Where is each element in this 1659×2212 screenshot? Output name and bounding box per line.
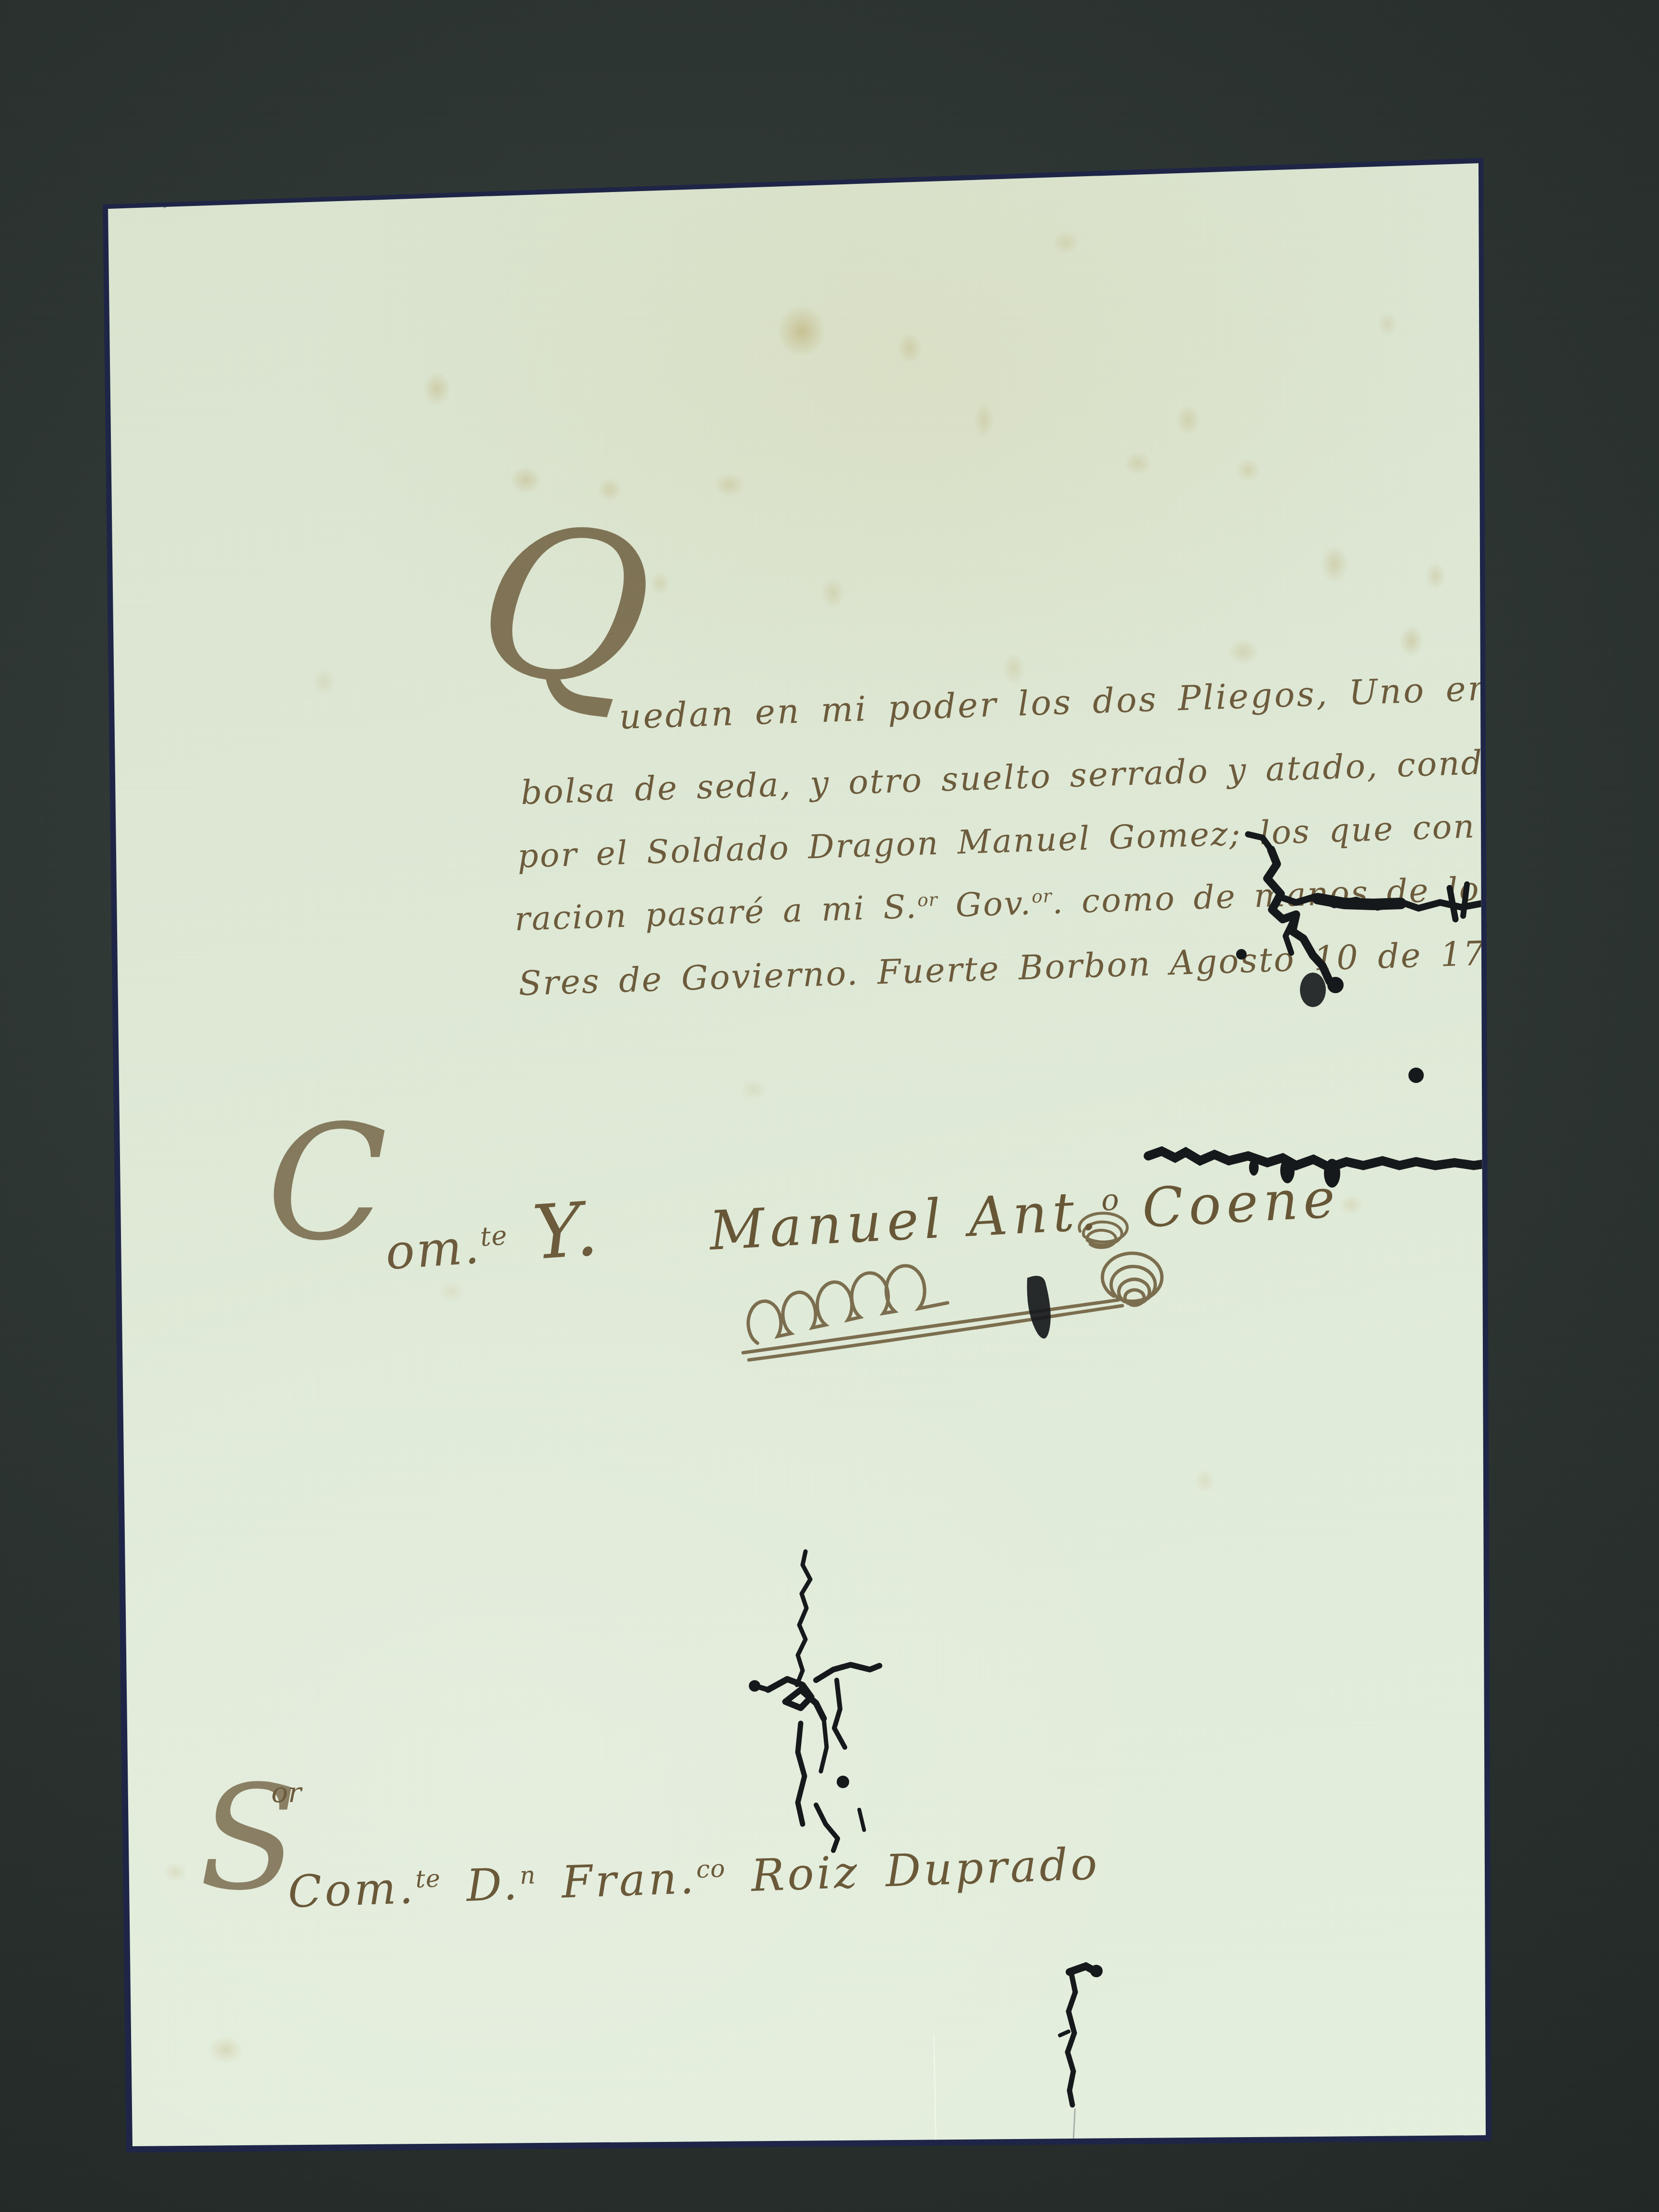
ink-blot-date <box>1300 973 1326 1007</box>
ink-smear-drip <box>1324 1159 1340 1188</box>
ink-smear-drip <box>1280 1157 1295 1183</box>
ink-blot-splatter <box>1248 834 1482 982</box>
ink-blot-dot <box>1408 1068 1424 1083</box>
ink-squiggle-bottom <box>1060 1966 1096 2105</box>
ink-blot-rubric <box>1027 1276 1050 1339</box>
ink-marks-layer <box>0 0 1659 2212</box>
ink-blot-dot <box>837 1776 849 1788</box>
ink-blot-dot <box>1236 949 1247 960</box>
ink-blot-dot <box>749 1680 760 1692</box>
ink-streak-lower <box>752 1551 879 1851</box>
paper-sheet: 10-8-96 Q uedan en mi poder los dos Plie… <box>0 0 1659 2212</box>
ink-smear-drip <box>1249 1159 1259 1176</box>
manuscript-photo: 10-8-96 Q uedan en mi poder los dos Plie… <box>0 0 1659 2212</box>
ink-smear-horizontal <box>1148 1151 1483 1167</box>
ink-blot-dot <box>1327 977 1344 993</box>
ink-blot-dot <box>1090 1965 1103 1977</box>
signature-rubric <box>743 1213 1162 1360</box>
